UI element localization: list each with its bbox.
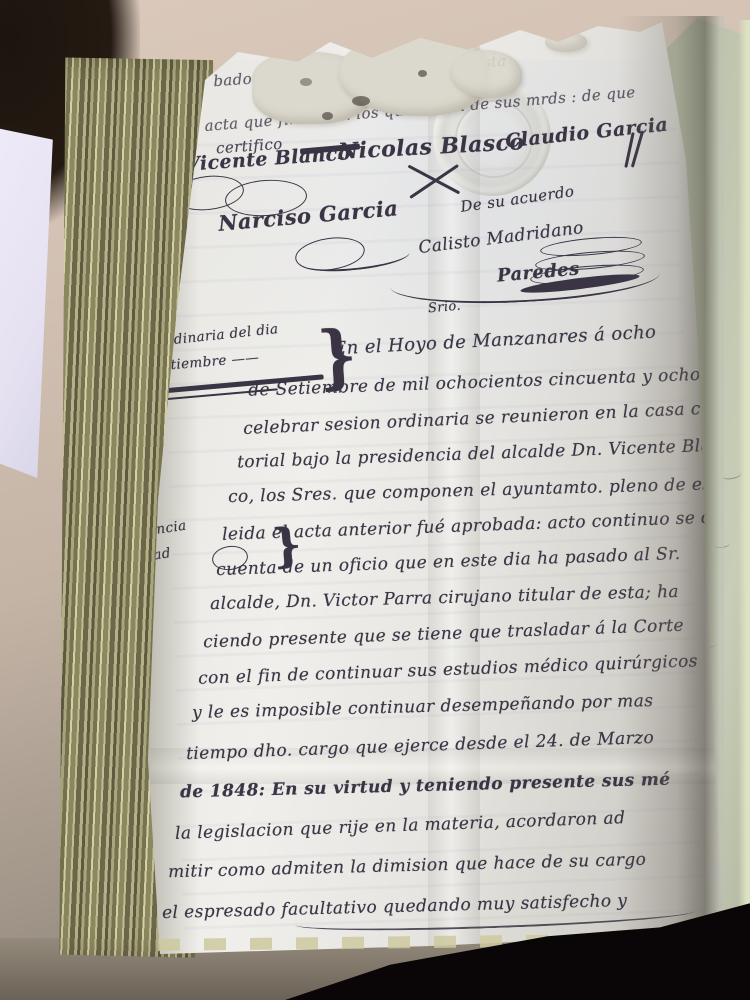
damage-speck <box>300 78 312 86</box>
manuscript-photo: bado olivé … mente se concluyó esta acta… <box>0 0 750 1000</box>
damage-speck <box>322 112 333 120</box>
paper-damage-patch <box>545 32 587 52</box>
page-curl-shadow <box>618 16 724 946</box>
far-page-edge <box>738 20 750 950</box>
damage-speck <box>418 70 427 77</box>
loose-white-paper <box>0 118 60 478</box>
damage-speck <box>352 96 370 106</box>
secretary-abbrev: Srio. <box>427 299 461 317</box>
